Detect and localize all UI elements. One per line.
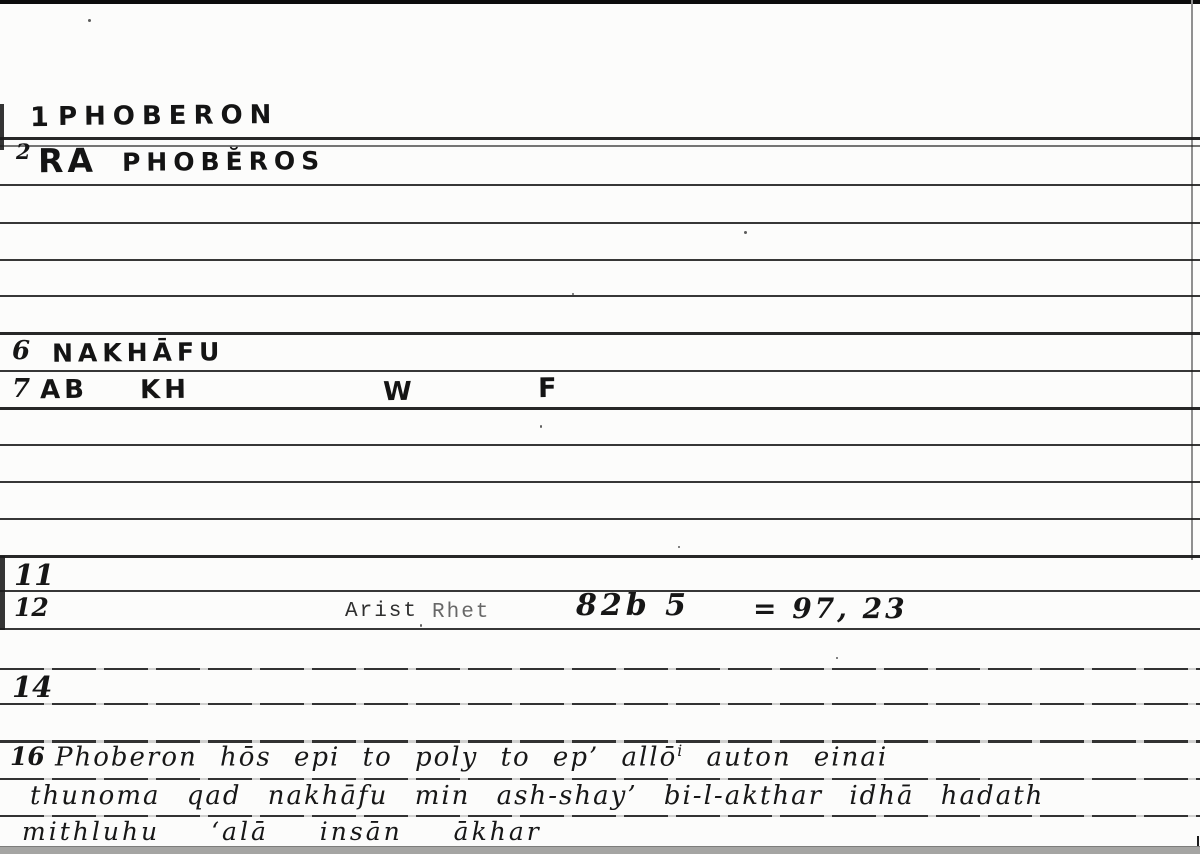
- entry-12-source-author: Arist: [345, 600, 418, 623]
- ruled-line: [0, 481, 1200, 483]
- ruled-line: [0, 145, 1200, 147]
- ruled-line: [0, 407, 1200, 410]
- entry-1-headword: PHOBERON: [58, 100, 279, 132]
- left-edge-tick: [0, 556, 5, 630]
- entry-12-source-work: Rhet: [432, 601, 490, 624]
- entry-6-number: 6: [12, 336, 30, 366]
- entry-7-number: 7: [12, 374, 30, 404]
- ruled-line: [0, 628, 1200, 630]
- entry-2-number: 2: [16, 139, 31, 164]
- ink-speck: [744, 231, 747, 234]
- left-edge-tick: [0, 104, 4, 150]
- entry-7-root-2: KH: [140, 375, 190, 405]
- greek-translit-part-b: auton einai: [707, 743, 889, 773]
- ruled-line: [0, 222, 1200, 224]
- ruled-line: [0, 184, 1200, 186]
- ink-speck: [836, 657, 838, 659]
- ruled-line: [0, 518, 1200, 520]
- ruled-line: [0, 259, 1200, 261]
- ruled-line: [0, 778, 1200, 780]
- scan-bottom-edge: [0, 846, 1200, 854]
- entry-12-number: 12: [14, 593, 49, 622]
- ruled-line: [0, 295, 1200, 297]
- entry-2-headword: PHOBĔROS: [122, 146, 325, 177]
- lexicon-index-card: 1 PHOBERON 2 RA PHOBĔROS 6 NAKHĀFU 7 AB …: [0, 0, 1200, 854]
- entry-7-root-4: F: [538, 373, 557, 404]
- ink-speck: [88, 19, 91, 22]
- entry-12-parallel-reference: = 97, 23: [753, 592, 908, 625]
- entry-16-number: 16: [10, 742, 45, 771]
- card-right-edge: [1191, 0, 1193, 560]
- ruled-line: [0, 668, 1200, 670]
- entry-12-locus: 82b 5: [576, 588, 690, 623]
- greek-translit-part-a: Phoberon hōs epi to poly to ep’ allō: [55, 743, 677, 773]
- ink-speck: [420, 624, 422, 627]
- entry-16-arabic-line-2: mithluhu ‘alā insān ākhar: [22, 817, 542, 846]
- ruled-line: [0, 555, 1200, 558]
- entry-1-number: 1: [30, 102, 49, 133]
- ruled-line: [0, 137, 1200, 140]
- entry-14-number: 14: [12, 670, 52, 704]
- ink-speck: [678, 546, 680, 548]
- entry-16-greek-transliteration: Phoberon hōs epi to poly to ep’ allōi au…: [55, 742, 888, 773]
- ruled-line: [0, 332, 1200, 335]
- ink-speck: [572, 293, 574, 295]
- entry-11-number: 11: [14, 558, 54, 592]
- entry-6-headword: NAKHĀFU: [52, 337, 225, 368]
- entry-7-root-1: AB: [40, 375, 88, 405]
- card-top-edge: [0, 0, 1200, 4]
- entry-7-root-3: W: [383, 377, 412, 407]
- greek-translit-superscript: i: [677, 742, 684, 760]
- ruled-line: [0, 370, 1200, 372]
- entry-2-label: RA: [38, 141, 97, 181]
- ruled-line: [0, 703, 1200, 705]
- entry-16-arabic-line-1: thunoma qad nakhāfu min ash-shay’ bi-l-a…: [30, 781, 1044, 811]
- ruled-line: [0, 444, 1200, 446]
- ink-speck: [540, 425, 542, 428]
